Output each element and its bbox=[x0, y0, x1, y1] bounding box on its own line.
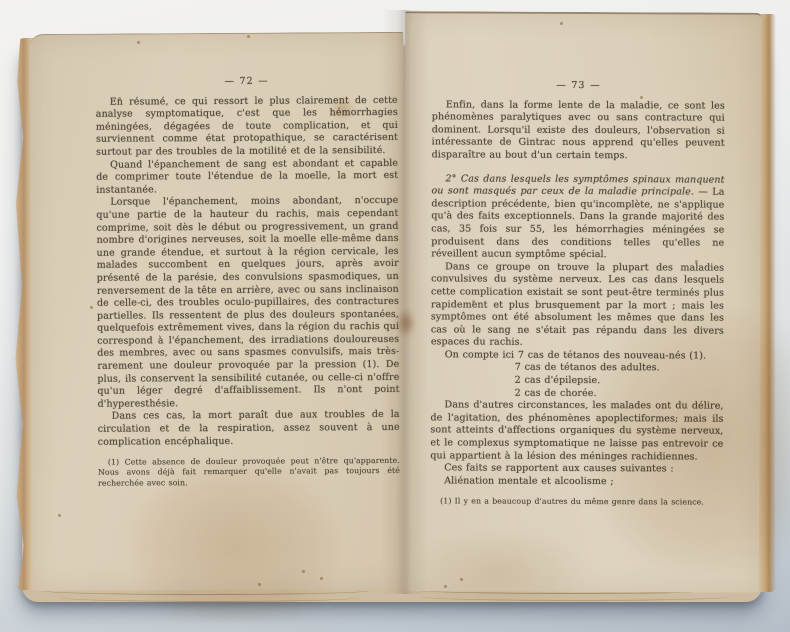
section-heading: 2° Cas dans lesquels les symptômes spina… bbox=[431, 173, 724, 198]
left-page-number: — 72 — bbox=[96, 75, 398, 89]
foxing-dot bbox=[320, 577, 323, 580]
right-page-text: — 73 — Enfin, dans la forme lente de la … bbox=[430, 79, 725, 508]
open-book: — 72 — En résumé, ce qui ressort le plus… bbox=[0, 0, 790, 632]
paragraph: Quand l'épanchement de sang est abondant… bbox=[96, 157, 398, 197]
foxing-dot bbox=[247, 35, 250, 38]
paragraph: Lorsque l'épanchement, moins abondant, n… bbox=[96, 195, 399, 411]
foxing-dot bbox=[472, 300, 475, 303]
paragraph: Dans d'autres circonstances, les malades… bbox=[430, 400, 723, 464]
paragraph: Ces faits se rapportent aux causes suiva… bbox=[430, 463, 723, 477]
foxing-dot bbox=[560, 22, 563, 25]
page-edge-line bbox=[420, 592, 730, 601]
left-page: — 72 — En résumé, ce qui ressort le plus… bbox=[29, 32, 406, 591]
paragraph: En résumé, ce qui ressort le plus claire… bbox=[96, 94, 398, 159]
paragraph: Dans ces cas, la mort paraît due aux tro… bbox=[98, 409, 400, 449]
footnote: (1) Cette absence de douleur provoquée p… bbox=[98, 456, 400, 488]
paragraph: Aliénation mentale et alcoolisme ; bbox=[430, 475, 723, 489]
paragraph: Dans ce groupe on trouve la plupart des … bbox=[431, 261, 724, 350]
foxing-dot bbox=[302, 570, 305, 573]
foxing-dot bbox=[90, 306, 93, 309]
foxing-dot bbox=[137, 41, 140, 44]
photo-background: — 72 — En résumé, ce qui ressort le plus… bbox=[0, 0, 790, 632]
right-page: — 73 — Enfin, dans la forme lente de la … bbox=[403, 11, 762, 593]
case-count-item: 7 cas de tétanos des adultes. bbox=[515, 362, 724, 376]
foxing-dot bbox=[118, 97, 121, 100]
right-page-number: — 73 — bbox=[432, 79, 725, 93]
paragraph: Enfin, dans la forme lente de la maladie… bbox=[432, 99, 725, 163]
footnote: (1) Il y en a beaucoup d'autres du même … bbox=[430, 497, 723, 508]
foxing-dot bbox=[258, 583, 261, 586]
foxing-dot bbox=[444, 585, 447, 588]
page-edge-line bbox=[60, 593, 360, 602]
paragraph-text: — La description précédente, bien qu'inc… bbox=[431, 187, 724, 261]
paragraph: 2° Cas dans lesquels les symptômes spina… bbox=[431, 173, 724, 262]
foxing-dot bbox=[695, 260, 698, 263]
case-count-item: 2 cas de chorée. bbox=[515, 387, 724, 401]
foxing-dot bbox=[640, 96, 643, 99]
left-page-text: — 72 — En résumé, ce qui ressort le plus… bbox=[96, 75, 401, 489]
case-count-item: 2 cas d'épilepsie. bbox=[515, 375, 724, 389]
foxing-dot bbox=[58, 514, 61, 517]
foxing-dot bbox=[460, 578, 463, 581]
